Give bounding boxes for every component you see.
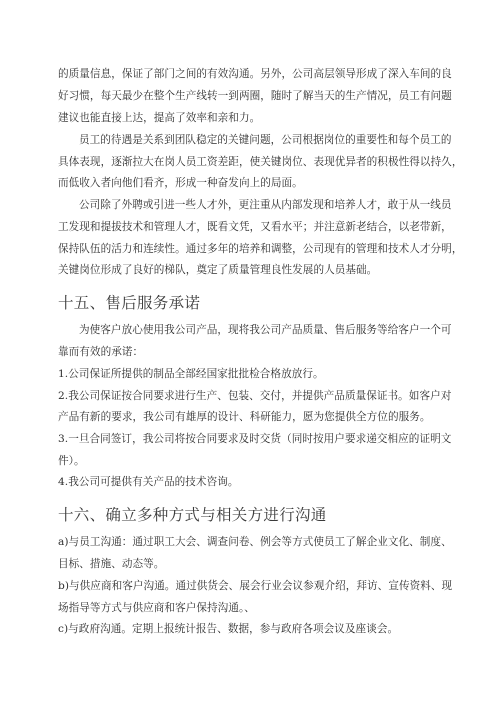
list-item-continuation: 产品有新的要求，我公司有雄厚的设计、科研能力，愿为您提供全方位的服务。 (58, 411, 442, 424)
list-item: 3.一旦合同签订，我公司将按合同要求及时交货（同时按用户要求递交相应的证明文 (58, 433, 442, 446)
text-line: 靠而有效的承诺： (58, 346, 442, 359)
text-line: 员工的待遇是关系到团队稳定的关键问题，公司根据岗位的重要性和每个员工的 (58, 134, 463, 147)
list-item: b)与供应商和客户沟通。通过供货会、展会行业会议参观介绍，拜访、宣传资料、现 (58, 580, 442, 593)
list-item: c)与政府沟通。定期上报统计报告、数据，参与政府各项会议及座谈会。 (58, 623, 442, 636)
section-heading-after-sales: 十五、售后服务承诺 (58, 293, 200, 313)
text-line: 工发现和提拔技术和管理人才，既看文凭，又看水平；并注意新老结合，以老带新， (58, 221, 442, 234)
list-item-continuation: 目标、措施、动态等。 (58, 558, 442, 571)
text-line: 关键岗位形成了良好的梯队，奠定了质量管理良性发展的人员基础。 (58, 264, 442, 277)
text-line: 公司除了外聘或引进一些人才外，更注重从内部发现和培养人才，敢于从一线员 (58, 199, 463, 212)
list-item-continuation: 件）。 (58, 455, 442, 468)
text-line: 的质量信息，保证了部门之间的有效沟通。另外，公司高层领导形成了深入车间的良 (58, 68, 442, 81)
text-line: 建议也能直接上达，提高了效率和亲和力。 (58, 112, 442, 125)
list-item: 2.我公司保证按合同要求进行生产、包装、交付，并提供产品质量保证书。如客户对 (58, 390, 442, 403)
list-item: 4.我公司可提供有关产品的技术咨询。 (58, 476, 442, 489)
text-line: 为使客户放心使用我公司产品，现将我公司产品质量、售后服务等给客户一个可 (58, 324, 463, 337)
text-line: 保持队伍的活力和连续性。通过多年的培养和调整，公司现有的管理和技术人才分明， (58, 243, 442, 256)
list-item-continuation: 场指导等方式与供应商和客户保持沟通。、 (58, 602, 442, 615)
text-line: 而低收入者向他们看齐，形成一种奋发向上的局面。 (58, 177, 442, 190)
text-line: 具体表现，逐渐拉大在岗人员工资差距，使关键岗位、表现优异者的积极性得以持久， (58, 156, 442, 169)
section-heading-communication: 十六、确立多种方式与相关方进行沟通 (58, 505, 327, 525)
text-line: 好习惯，每天最少在整个生产线转一到两圈，随时了解当天的生产情况，员工有问题 (58, 90, 442, 103)
list-item: 1.公司保证所提供的制品全部经国家批批检合格放放行。 (58, 368, 442, 381)
list-item: a)与员工沟通：通过职工大会、调查问卷、例会等方式使员工了解企业文化、制度、 (58, 536, 442, 549)
